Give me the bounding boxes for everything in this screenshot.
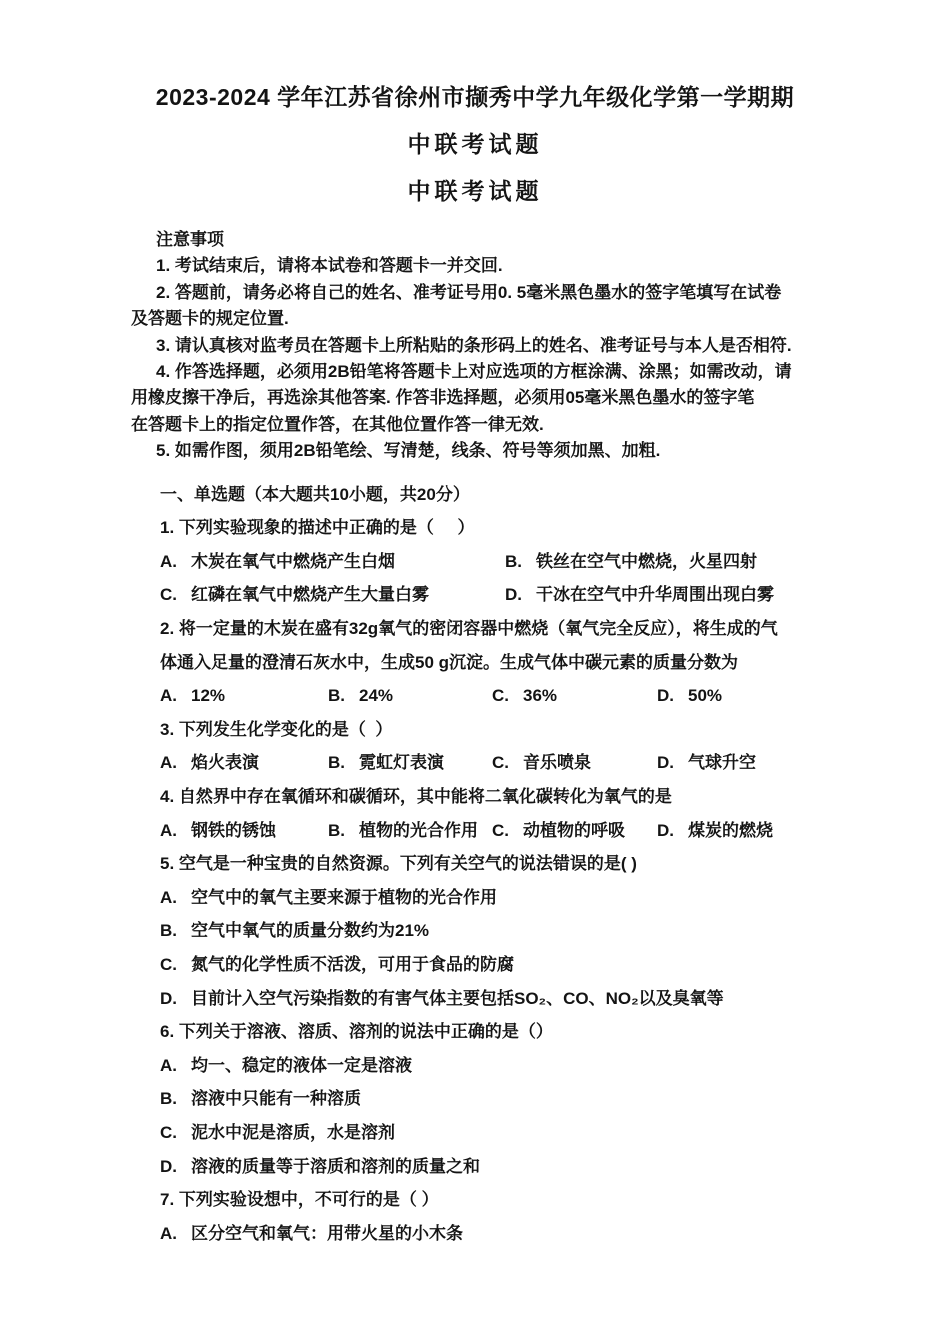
option-label: D.: [505, 578, 536, 612]
option-label: B.: [160, 914, 191, 948]
option-label: C.: [160, 578, 191, 612]
notice-line-2: 2. 答题前，请务必将自己的姓名、准考证号用0. 5毫米黑色墨水的签字笔填写在试…: [131, 280, 832, 306]
exam-title-line-3: 中联考试题: [0, 168, 950, 215]
option-label: A.: [160, 814, 191, 848]
option-label: B.: [505, 545, 536, 579]
option-label: A.: [160, 545, 191, 579]
notice-line-4-cont-1: 用橡皮擦干净后，再选涂其他答案. 作答非选择题，必须用05毫米黑色墨水的签字笔: [131, 385, 832, 411]
question-1-options-row-2: C.红磷在氧气中燃烧产生大量白雾 D.干冰在空气中升华周围出现白雾: [160, 578, 840, 612]
option-text: 动植物的呼吸: [523, 821, 625, 840]
option-label: C.: [492, 746, 523, 780]
notice-section: 注意事项 1. 考试结束后，请将本试卷和答题卡一并交回. 2. 答题前，请务必将…: [131, 227, 832, 465]
option-label: D.: [160, 1150, 191, 1184]
question-2-option-d: D.50%: [657, 679, 840, 713]
option-text: 溶液中只能有一种溶质: [191, 1089, 361, 1108]
question-2-option-c: C.36%: [492, 679, 657, 713]
question-5-option-c: C.氮气的化学性质不活泼，可用于食品的防腐: [160, 948, 840, 982]
question-6-option-c: C.泥水中泥是溶质，水是溶剂: [160, 1116, 840, 1150]
option-text: 气球升空: [688, 753, 756, 772]
notice-line-4: 4. 作答选择题，必须用2B铅笔将答题卡上对应选项的方框涂满、涂黑；如需改动，请: [131, 359, 832, 385]
option-label: D.: [657, 679, 688, 713]
question-3-option-d: D.气球升空: [657, 746, 840, 780]
question-4-stem: 4. 自然界中存在氧循环和碳循环，其中能将二氧化碳转化为氧气的是: [160, 780, 840, 814]
option-label: A.: [160, 1217, 191, 1251]
question-6-option-b: B.溶液中只能有一种溶质: [160, 1082, 840, 1116]
question-5-option-d: D.目前计入空气污染指数的有害气体主要包括SO₂、CO、NO₂以及臭氧等: [160, 982, 840, 1016]
question-2-options-row: A.12% B.24% C.36% D.50%: [160, 679, 840, 713]
option-text: 木炭在氧气中燃烧产生白烟: [191, 552, 395, 571]
question-6-option-d: D.溶液的质量等于溶质和溶剂的质量之和: [160, 1150, 840, 1184]
exam-title: 2023-2024 学年江苏省徐州市撷秀中学九年级化学第一学期期 中联考试题 中…: [0, 0, 950, 215]
question-3-option-b: B.霓虹灯表演: [328, 746, 492, 780]
option-text: 空气中氧气的质量分数约为21%: [191, 921, 429, 940]
exam-title-line-1: 2023-2024 学年江苏省徐州市撷秀中学九年级化学第一学期期: [0, 74, 950, 121]
question-1-option-a: A.木炭在氧气中燃烧产生白烟: [160, 545, 505, 579]
notice-line-2-cont: 及答题卡的规定位置.: [131, 306, 832, 332]
option-text: 铁丝在空气中燃烧，火星四射: [536, 552, 757, 571]
option-text: 50%: [688, 686, 722, 705]
option-text: 氮气的化学性质不活泼，可用于食品的防腐: [191, 955, 514, 974]
notice-heading: 注意事项: [131, 227, 832, 253]
question-3-stem: 3. 下列发生化学变化的是（ ）: [160, 713, 840, 747]
question-2-option-b: B.24%: [328, 679, 492, 713]
question-1-option-b: B.铁丝在空气中燃烧，火星四射: [505, 545, 840, 579]
question-4-option-c: C.动植物的呼吸: [492, 814, 657, 848]
question-4-option-b: B.植物的光合作用: [328, 814, 492, 848]
question-4-options-row: A.钢铁的锈蚀 B.植物的光合作用 C.动植物的呼吸 D.煤炭的燃烧: [160, 814, 840, 848]
option-label: B.: [328, 814, 359, 848]
option-text: 红磷在氧气中燃烧产生大量白雾: [191, 585, 429, 604]
option-text: 24%: [359, 686, 393, 705]
question-5-stem: 5. 空气是一种宝贵的自然资源。下列有关空气的说法错误的是( ): [160, 847, 840, 881]
option-label: B.: [328, 746, 359, 780]
question-4-option-a: A.钢铁的锈蚀: [160, 814, 328, 848]
notice-line-1: 1. 考试结束后，请将本试卷和答题卡一并交回.: [131, 253, 832, 279]
option-text: 焰火表演: [191, 753, 259, 772]
option-label: B.: [160, 1082, 191, 1116]
exam-title-line-2: 中联考试题: [0, 121, 950, 168]
option-label: C.: [160, 948, 191, 982]
question-7-option-a: A.区分空气和氧气：用带火星的小木条: [160, 1217, 840, 1251]
question-2-option-a: A.12%: [160, 679, 328, 713]
question-3-option-c: C.音乐喷泉: [492, 746, 657, 780]
option-label: C.: [492, 679, 523, 713]
option-text: 区分空气和氧气：用带火星的小木条: [191, 1224, 463, 1243]
question-1-option-c: C.红磷在氧气中燃烧产生大量白雾: [160, 578, 505, 612]
notice-line-3: 3. 请认真核对监考员在答题卡上所粘贴的条形码上的姓名、准考证号与本人是否相符.: [131, 333, 832, 359]
option-text: 泥水中泥是溶质，水是溶剂: [191, 1123, 395, 1142]
option-label: B.: [328, 679, 359, 713]
option-text: 36%: [523, 686, 557, 705]
question-6-option-a: A.均一、稳定的液体一定是溶液: [160, 1049, 840, 1083]
questions-section: 一、单选题（本大题共10小题，共20分） 1. 下列实验现象的描述中正确的是（ …: [160, 478, 840, 1251]
option-label: A.: [160, 1049, 191, 1083]
question-2-stem-line-2: 体通入足量的澄清石灰水中，生成50 g沉淀。生成气体中碳元素的质量分数为: [160, 646, 840, 680]
notice-line-5: 5. 如需作图，须用2B铅笔绘、写清楚，线条、符号等须加黑、加粗.: [131, 438, 832, 464]
question-6-stem: 6. 下列关于溶液、溶质、溶剂的说法中正确的是（）: [160, 1015, 840, 1049]
question-3-option-a: A.焰火表演: [160, 746, 328, 780]
option-text: 干冰在空气中升华周围出现白雾: [536, 585, 774, 604]
section-heading: 一、单选题（本大题共10小题，共20分）: [160, 478, 840, 512]
question-1-stem: 1. 下列实验现象的描述中正确的是（ ）: [160, 511, 840, 545]
option-text: 均一、稳定的液体一定是溶液: [191, 1056, 412, 1075]
question-5-option-b: B.空气中氧气的质量分数约为21%: [160, 914, 840, 948]
option-text: 煤炭的燃烧: [688, 821, 773, 840]
option-label: D.: [657, 814, 688, 848]
option-text: 钢铁的锈蚀: [191, 821, 276, 840]
option-label: A.: [160, 679, 191, 713]
option-label: D.: [657, 746, 688, 780]
question-1-options-row-1: A.木炭在氧气中燃烧产生白烟 B.铁丝在空气中燃烧，火星四射: [160, 545, 840, 579]
question-2-stem-line-1: 2. 将一定量的木炭在盛有32g氧气的密闭容器中燃烧（氧气完全反应），将生成的气: [160, 612, 840, 646]
option-label: C.: [160, 1116, 191, 1150]
exam-paper-page: 2023-2024 学年江苏省徐州市撷秀中学九年级化学第一学期期 中联考试题 中…: [0, 0, 950, 1344]
option-label: A.: [160, 746, 191, 780]
option-label: A.: [160, 881, 191, 915]
notice-line-4-cont-2: 在答题卡上的指定位置作答，在其他位置作答一律无效.: [131, 412, 832, 438]
question-5-option-a: A.空气中的氧气主要来源于植物的光合作用: [160, 881, 840, 915]
option-text: 12%: [191, 686, 225, 705]
option-label: C.: [492, 814, 523, 848]
question-4-option-d: D.煤炭的燃烧: [657, 814, 840, 848]
option-text: 植物的光合作用: [359, 821, 478, 840]
question-3-options-row: A.焰火表演 B.霓虹灯表演 C.音乐喷泉 D.气球升空: [160, 746, 840, 780]
option-text: 霓虹灯表演: [359, 753, 444, 772]
option-text: 溶液的质量等于溶质和溶剂的质量之和: [191, 1157, 480, 1176]
question-1-option-d: D.干冰在空气中升华周围出现白雾: [505, 578, 840, 612]
option-text: 空气中的氧气主要来源于植物的光合作用: [191, 888, 497, 907]
option-text: 音乐喷泉: [523, 753, 591, 772]
option-text: 目前计入空气污染指数的有害气体主要包括SO₂、CO、NO₂以及臭氧等: [191, 989, 724, 1008]
option-label: D.: [160, 982, 191, 1016]
question-7-stem: 7. 下列实验设想中，不可行的是（ ）: [160, 1183, 840, 1217]
